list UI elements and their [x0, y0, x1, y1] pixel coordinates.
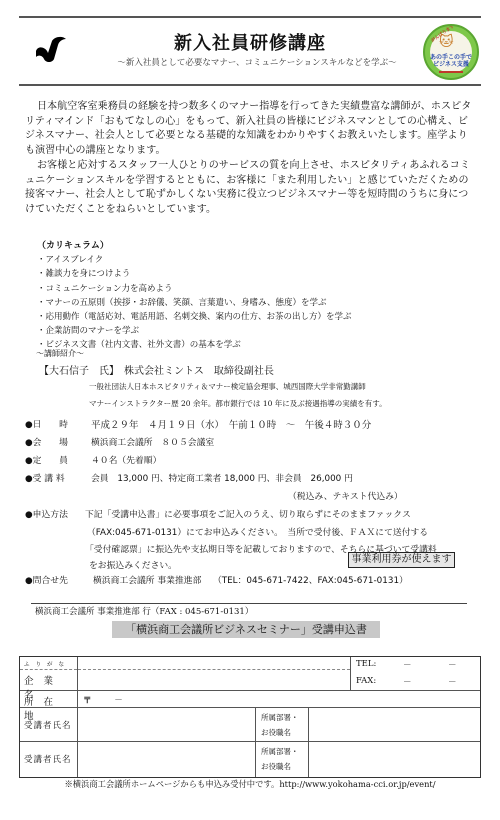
apply-line-2: （FAX:045-671-0131）にてお申込みください。 当所で受付後、ＦＡＸ…: [87, 525, 428, 538]
dept-label-1: 所属部署・: [261, 744, 308, 759]
apply-line-1: 下記「受講申込書」に必要事項をご記入のうえ、切り取らずにそのままファックス: [85, 507, 411, 520]
tel-label: TEL:: [356, 659, 376, 669]
company-name-input[interactable]: [78, 657, 351, 690]
address-row: 所在地 〒 －: [20, 691, 480, 708]
dept-label-cell: 所属部署・ お役職名: [256, 708, 309, 741]
address-input[interactable]: 〒 －: [78, 691, 481, 707]
application-form-title: 「横浜商工会議所ビジネスセミナー」受講申込書: [112, 621, 380, 638]
badge-main-text: あの手この手で ビジネス支援: [425, 54, 477, 68]
fax-dash-1: －: [403, 676, 412, 688]
date-value: 平成２９年 ４月１９日（水） 午前１０時 ～ 午後４時３０分: [91, 417, 371, 431]
header-bottom-rule: [19, 84, 481, 86]
lecturer-name: 【大石信子 氏】 株式会社ミントス 取締役副社長: [39, 362, 274, 377]
maneki-neko-cat-icon: 🐱: [439, 35, 454, 49]
curriculum-item: ・ビジネス文書（社内文書、社外文書）の基本を学ぶ: [37, 338, 352, 352]
tel-field[interactable]: TEL: － －: [356, 659, 476, 669]
fax-dash-2: －: [448, 676, 457, 688]
badge-text-line2: ビジネス支援: [425, 61, 477, 68]
curriculum-item: ・応用動作（電話応対、電話用語、名刺交換、案内の仕方、お茶の出し方）を学ぶ: [37, 310, 352, 324]
curriculum-item: ・アイスブレイク: [37, 253, 352, 267]
attendee-label: 受講者氏名: [20, 708, 78, 741]
lecturer-bio-2: マナーインストラクター歴 20 余年。都市銀行では 10 年に及ぶ接遇指導の実績…: [89, 398, 387, 409]
business-support-badge: がんばります! 🐱 あの手この手で ビジネス支援: [423, 24, 479, 80]
application-form-table: ふりがな 企業名 TEL: － － FAX: － － 所在地 〒 － 受講者: [19, 656, 481, 778]
footer-note: ※横浜商工会議所ホームページからも申込み受付中です。http://www.yok…: [0, 778, 500, 790]
attendee-row-1: 受講者氏名 所属部署・ お役職名: [20, 708, 480, 742]
fax-field[interactable]: FAX: － －: [356, 676, 476, 686]
dept-label-cell: 所属部署・ お役職名: [256, 742, 309, 777]
dept-input[interactable]: [309, 742, 481, 777]
furigana-label: ふりがな: [20, 657, 77, 670]
postal-mark: 〒: [83, 696, 92, 706]
venue-value: 横浜商工会議所 ８０５会議室: [91, 435, 214, 448]
curriculum-section: （カリキュラム） ・アイスブレイク ・雑談力を身につけよう ・コミュニケーション…: [37, 239, 352, 353]
dept-label-2: お役職名: [261, 725, 308, 740]
capacity-label: ●定 員: [25, 453, 87, 466]
capacity-value: ４０名（先着順）: [91, 453, 161, 466]
address-label: 所在地: [20, 691, 78, 707]
postal-dash: －: [114, 696, 123, 706]
lecturer-heading: ～講師紹介～: [36, 348, 84, 359]
dept-input[interactable]: [309, 708, 481, 741]
venue-label: ●会 場: [25, 435, 87, 448]
badge-text-line1: あの手この手で: [425, 54, 477, 61]
apply-line-4: をお振込みください。: [89, 558, 177, 571]
attendee-name-input[interactable]: [78, 742, 256, 777]
attendee-label: 受講者氏名: [20, 742, 78, 777]
fee-value: 会員 13,000 円、特定商工業者 18,000 円、非会員 26,000 円: [91, 471, 353, 484]
tel-dash-2: －: [448, 659, 457, 671]
intro-paragraph-1: 日本航空客室乗務員の経験を持つ数多くのマナー指導を行ってきた実績豊富な講師が、ホ…: [25, 100, 475, 158]
apply-label: ●申込方法: [25, 507, 87, 520]
header-top-rule: [19, 16, 481, 18]
curriculum-item: ・マナーの五原則（挨拶・お辞儀、笑顔、言葉遣い、身嗜み、態度）を学ぶ: [37, 296, 352, 310]
attendee-row-2: 受講者氏名 所属部署・ お役職名: [20, 742, 480, 777]
contact-label: ●問合せ先: [25, 573, 87, 586]
dept-label-2: お役職名: [261, 759, 308, 774]
contact-value: 横浜商工会議所 事業推進部 （TEL：045-671-7422、FAX:045-…: [93, 573, 408, 586]
lecturer-bio-1: 一般社団法人日本ホスピタリティ＆マナー検定協会理事、城西国際大学非常勤講師: [89, 381, 366, 392]
intro-paragraph-2: お客様と応対するスタッフ一人ひとりのサービスの質を向上させ、ホスピタリティあふれ…: [25, 159, 475, 217]
fax-label: FAX:: [356, 676, 376, 686]
attendee-name-input[interactable]: [78, 708, 256, 741]
fee-note: （税込み、テキスト代込み）: [288, 489, 403, 502]
badge-footer-mark: [439, 71, 463, 73]
fax-to-line: 横浜商工会議所 事業推進部 行（FAX : 045-671-0131）: [35, 605, 253, 617]
company-row: ふりがな 企業名 TEL: － － FAX: － －: [20, 657, 480, 691]
company-label-cell: ふりがな 企業名: [20, 657, 78, 690]
cut-line: [31, 603, 467, 604]
tel-fax-cell: TEL: － － FAX: － －: [351, 657, 482, 690]
curriculum-item: ・雑談力を身につけよう: [37, 267, 352, 281]
date-label: ●日 時: [25, 417, 87, 430]
curriculum-item: ・企業訪問のマナーを学ぶ: [37, 324, 352, 338]
fee-label: ●受 講 料: [25, 471, 87, 484]
dept-label-1: 所属部署・: [261, 710, 308, 725]
voucher-available-badge: 事業利用券が使えます: [348, 552, 455, 568]
tel-dash-1: －: [403, 659, 412, 671]
curriculum-heading: （カリキュラム）: [37, 239, 352, 253]
page-subtitle: ～新入社員として必要なマナー、コミュニケーションスキルなどを学ぶ～: [92, 56, 422, 68]
curriculum-item: ・コミュニケーション力を高めよう: [37, 282, 352, 296]
furigana-input[interactable]: [78, 657, 350, 670]
